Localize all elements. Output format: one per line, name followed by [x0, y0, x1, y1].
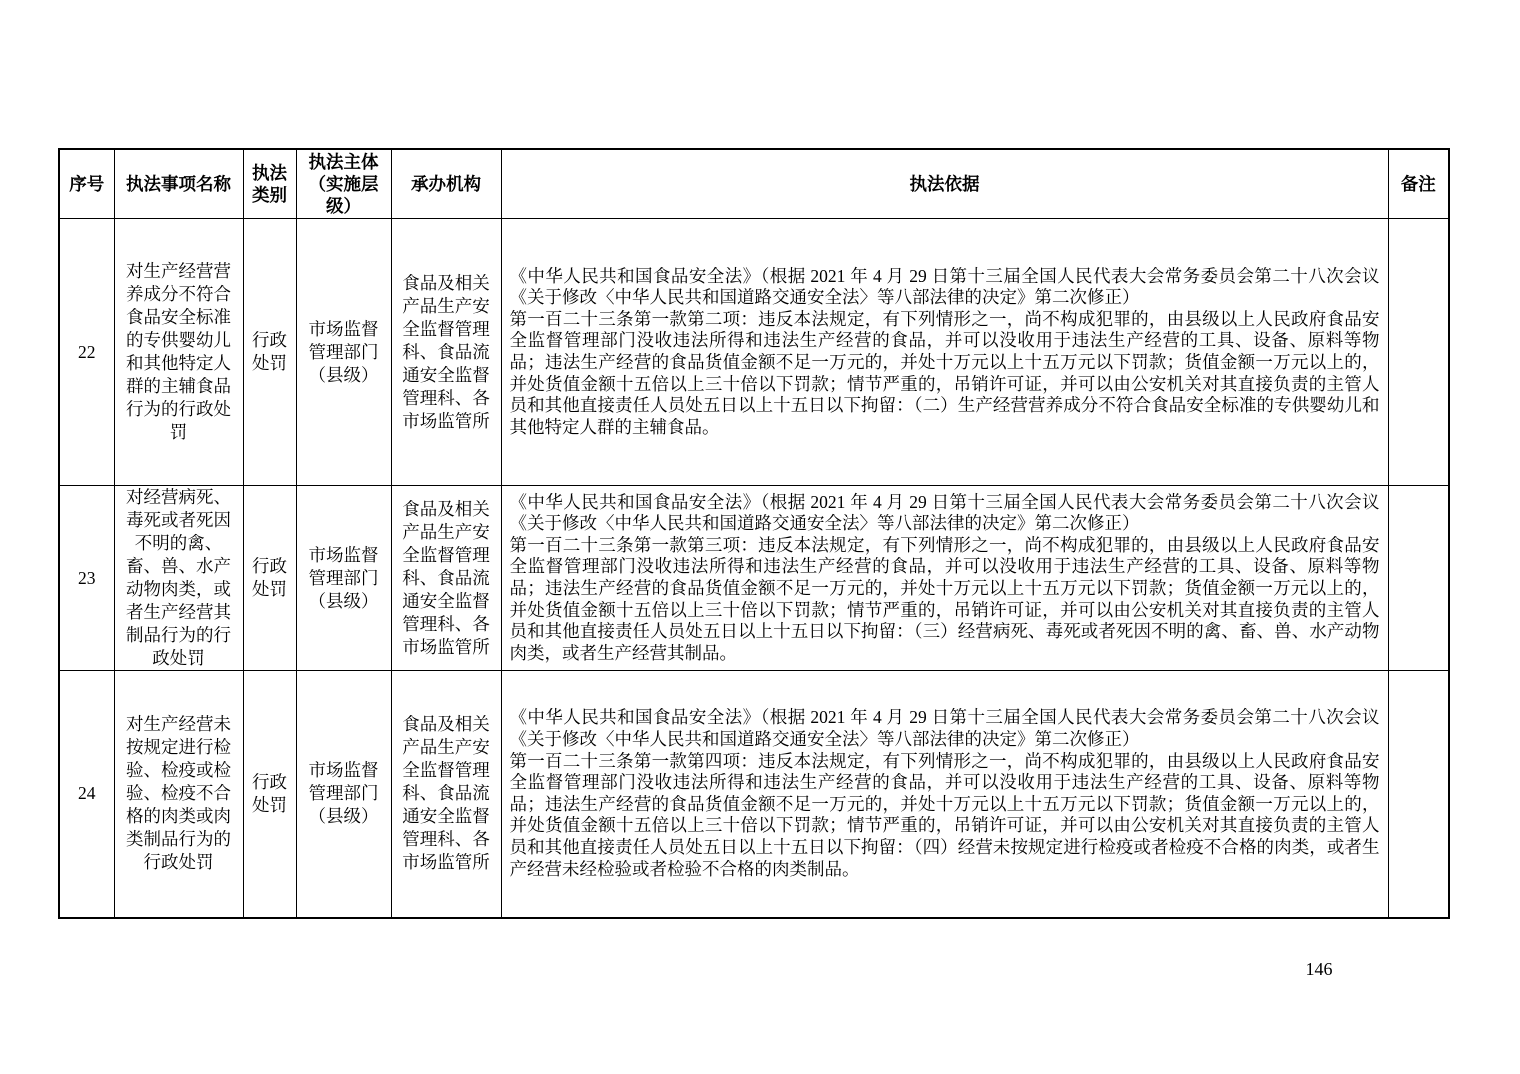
- cell-agency: 食品及相关产品生产安全监督管理科、食品流通安全监督管理科、各市场监管所: [391, 671, 501, 918]
- cell-item-name: 对经营病死、毒死或者死因不明的禽、畜、兽、水产动物肉类，或者生产经营其制品行为的…: [114, 486, 243, 671]
- column-header-category: 执法类别: [243, 149, 296, 219]
- table-row: 23 对经营病死、毒死或者死因不明的禽、畜、兽、水产动物肉类，或者生产经营其制品…: [59, 486, 1449, 671]
- cell-seq: 24: [59, 671, 114, 918]
- table-body: 22 对生产经营营养成分不符合食品安全标准的专供婴幼儿和其他特定人群的主辅食品行…: [59, 219, 1449, 918]
- column-header-subject-level: 执法主体（实施层级）: [296, 149, 391, 219]
- legal-basis-law-title: 《中华人民共和国食品安全法》（根据 2021 年 4 月 29 日第十三届全国人…: [510, 266, 1380, 309]
- cell-subject-level: 市场监督管理部门（县级）: [296, 671, 391, 918]
- cell-subject-level: 市场监督管理部门（县级）: [296, 486, 391, 671]
- column-header-seq: 序号: [59, 149, 114, 219]
- cell-remarks: [1388, 219, 1449, 486]
- legal-basis-law-title: 《中华人民共和国食品安全法》（根据 2021 年 4 月 29 日第十三届全国人…: [510, 492, 1380, 535]
- cell-category: 行政处罚: [243, 486, 296, 671]
- table-row: 22 对生产经营营养成分不符合食品安全标准的专供婴幼儿和其他特定人群的主辅食品行…: [59, 219, 1449, 486]
- column-header-agency: 承办机构: [391, 149, 501, 219]
- cell-item-name: 对生产经营未按规定进行检验、检疫或检验、检疫不合格的肉类或肉类制品行为的行政处罚: [114, 671, 243, 918]
- cell-item-name: 对生产经营营养成分不符合食品安全标准的专供婴幼儿和其他特定人群的主辅食品行为的行…: [114, 219, 243, 486]
- cell-legal-basis: 《中华人民共和国食品安全法》（根据 2021 年 4 月 29 日第十三届全国人…: [501, 486, 1388, 671]
- page-number: 146: [1284, 958, 1354, 980]
- table-row: 24 对生产经营未按规定进行检验、检疫或检验、检疫不合格的肉类或肉类制品行为的行…: [59, 671, 1449, 918]
- legal-basis-article-text: 第一百二十三条第一款第二项：违反本法规定，有下列情形之一，尚不构成犯罪的，由县级…: [510, 309, 1380, 439]
- table-header-row: 序号 执法事项名称 执法类别 执法主体（实施层级） 承办机构 执法依据 备注: [59, 149, 1449, 219]
- cell-legal-basis: 《中华人民共和国食品安全法》（根据 2021 年 4 月 29 日第十三届全国人…: [501, 671, 1388, 918]
- cell-seq: 22: [59, 219, 114, 486]
- cell-subject-level: 市场监督管理部门（县级）: [296, 219, 391, 486]
- column-header-legal-basis: 执法依据: [501, 149, 1388, 219]
- cell-agency: 食品及相关产品生产安全监督管理科、食品流通安全监督管理科、各市场监管所: [391, 486, 501, 671]
- cell-category: 行政处罚: [243, 219, 296, 486]
- legal-basis-law-title: 《中华人民共和国食品安全法》（根据 2021 年 4 月 29 日第十三届全国人…: [510, 707, 1380, 750]
- enforcement-items-table: 序号 执法事项名称 执法类别 执法主体（实施层级） 承办机构 执法依据 备注 2…: [58, 148, 1450, 919]
- cell-category: 行政处罚: [243, 671, 296, 918]
- legal-basis-article-text: 第一百二十三条第一款第三项：违反本法规定，有下列情形之一，尚不构成犯罪的，由县级…: [510, 535, 1380, 665]
- column-header-remarks: 备注: [1388, 149, 1449, 219]
- cell-seq: 23: [59, 486, 114, 671]
- document-page: 序号 执法事项名称 执法类别 执法主体（实施层级） 承办机构 执法依据 备注 2…: [0, 0, 1520, 1074]
- legal-basis-article-text: 第一百二十三条第一款第四项：违反本法规定，有下列情形之一，尚不构成犯罪的，由县级…: [510, 751, 1380, 881]
- cell-remarks: [1388, 671, 1449, 918]
- cell-remarks: [1388, 486, 1449, 671]
- column-header-item-name: 执法事项名称: [114, 149, 243, 219]
- cell-agency: 食品及相关产品生产安全监督管理科、食品流通安全监督管理科、各市场监管所: [391, 219, 501, 486]
- cell-legal-basis: 《中华人民共和国食品安全法》（根据 2021 年 4 月 29 日第十三届全国人…: [501, 219, 1388, 486]
